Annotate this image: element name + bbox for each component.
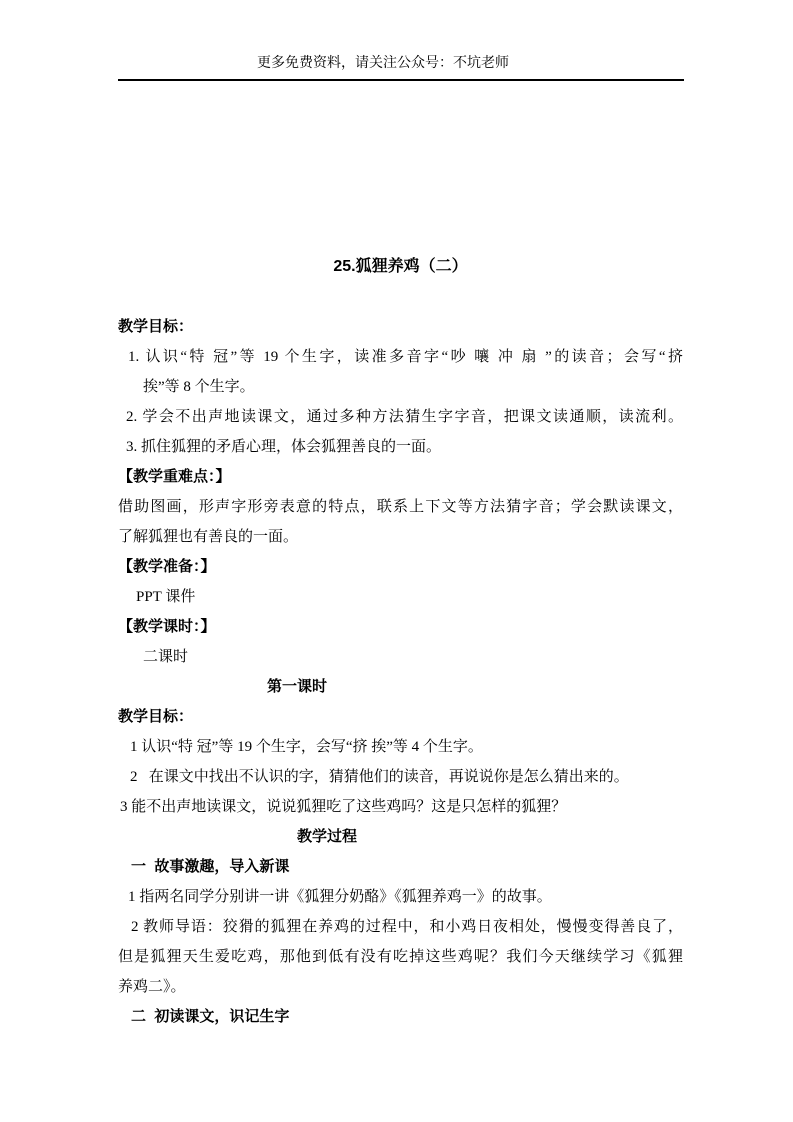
first-period-heading: 第一课时 xyxy=(118,672,683,702)
goal-3: 3. 抓住狐狸的矛盾心理，体会狐狸善良的一面。 xyxy=(118,432,683,462)
document-body: 25.狐狸养鸡（二） 教学目标： 1. 认识“特 冠”等 19 个生字，读准多音… xyxy=(118,252,683,1032)
section-2-heading: 二 初读课文，识记生字 xyxy=(118,1002,683,1032)
teaching-process-heading: 教学过程 xyxy=(118,822,683,852)
goal-1-line-2: 挨”等 8 个生字。 xyxy=(118,372,683,402)
section-1-item-2-line-3: 养鸡二》。 xyxy=(118,972,683,1002)
blank-line xyxy=(118,282,683,312)
section-1-heading: 一 故事激趣，导入新课 xyxy=(118,852,683,882)
document-page: 更多免费资料，请关注公众号：不坑老师 25.狐狸养鸡（二） 教学目标： 1. 认… xyxy=(0,0,793,1122)
key-difficulties-line-1: 借助图画，形声字形旁表意的特点，联系上下文等方法猜字音；学会默读课文， xyxy=(118,492,683,522)
key-difficulties-line-2: 了解狐狸也有善良的一面。 xyxy=(118,522,683,552)
section-1-item-2-line-1: 2 教师导语：狡猾的狐狸在养鸡的过程中，和小鸡日夜相处，慢慢变得善良了， xyxy=(118,912,683,942)
class-periods-content: 二课时 xyxy=(118,642,683,672)
class-periods-heading: 【教学课时：】 xyxy=(118,612,683,642)
goal-1-line-1: 1. 认识“特 冠”等 19 个生字，读准多音字“吵 嚷 冲 扇 ”的读音；会写… xyxy=(118,342,683,372)
teaching-prep-content: PPT 课件 xyxy=(118,582,683,612)
section-1-item-1: 1 指两名同学分别讲一讲《狐狸分奶酪》《狐狸养鸡一》的故事。 xyxy=(118,882,683,912)
period1-goals-heading: 教学目标： xyxy=(118,702,683,732)
header-note: 更多免费资料，请关注公众号：不坑老师 xyxy=(0,52,766,76)
key-difficulties-heading: 【教学重难点：】 xyxy=(118,462,683,492)
teaching-goals-heading: 教学目标： xyxy=(118,312,683,342)
section-1-item-2-line-2: 但是狐狸天生爱吃鸡，那他到低有没有吃掉这些鸡呢？我们今天继续学习《狐狸 xyxy=(118,942,683,972)
period1-goal-3: 3 能不出声地读课文，说说狐狸吃了这些鸡吗？这是只怎样的狐狸？ xyxy=(118,792,683,822)
document-title: 25.狐狸养鸡（二） xyxy=(118,252,683,282)
period1-goal-2: 2 在课文中找出不认识的字，猜猜他们的读音，再说说你是怎么猜出来的。 xyxy=(118,762,683,792)
header-divider-line xyxy=(118,79,684,81)
period1-goal-1: 1 认识“特 冠”等 19 个生字，会写“挤 挨”等 4 个生字。 xyxy=(118,732,683,762)
teaching-prep-heading: 【教学准备：】 xyxy=(118,552,683,582)
goal-2: 2. 学会不出声地读课文，通过多种方法猜生字字音，把课文读通顺，读流利。 xyxy=(118,402,683,432)
